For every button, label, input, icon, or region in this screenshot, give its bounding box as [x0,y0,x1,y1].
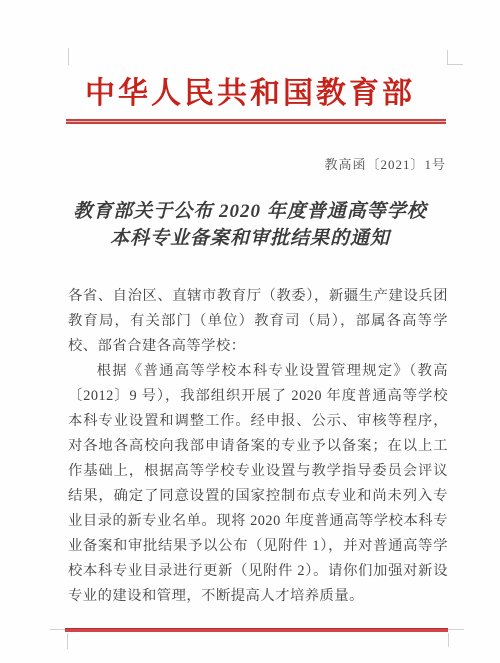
margin-crop-mark-bottom-right-horizontal [448,629,464,630]
notice-title: 教育部关于公布 2020 年度普通高等学校 本科专业备案和审批结果的通知 [0,198,500,252]
margin-crop-mark-top-right-horizontal [447,64,463,65]
ministry-letterhead-title: 中华人民共和国教育部 [0,68,500,112]
notice-title-line2: 本科专业备案和审批结果的通知 [0,225,500,252]
margin-crop-mark-bottom-left-vertical [67,633,68,649]
letterhead-red-divider [66,119,446,124]
margin-crop-mark-top-right-vertical [447,50,448,65]
notice-paragraph: 根据《普通高等学校本科专业设置管理规定》（教高〔2012〕9 号），我部组织开展… [68,359,448,609]
notice-salutation: 各省、自治区、直辖市教育厅（教委），新疆生产建设兵团教育局，有关部门（单位）教育… [68,284,448,359]
margin-crop-mark-top-left [68,48,69,65]
margin-crop-mark-bottom-right-vertical [448,633,449,647]
footer-red-divider [65,628,448,632]
document-page: 中华人民共和国教育部 教高函〔2021〕1号 教育部关于公布 2020 年度普通… [0,0,500,663]
notice-body: 各省、自治区、直辖市教育厅（教委），新疆生产建设兵团教育局，有关部门（单位）教育… [68,284,448,609]
document-number: 教高函〔2021〕1号 [324,154,446,173]
notice-title-line1: 教育部关于公布 2020 年度普通高等学校 [0,198,500,225]
margin-crop-mark-bottom-left-horizontal [50,629,65,630]
